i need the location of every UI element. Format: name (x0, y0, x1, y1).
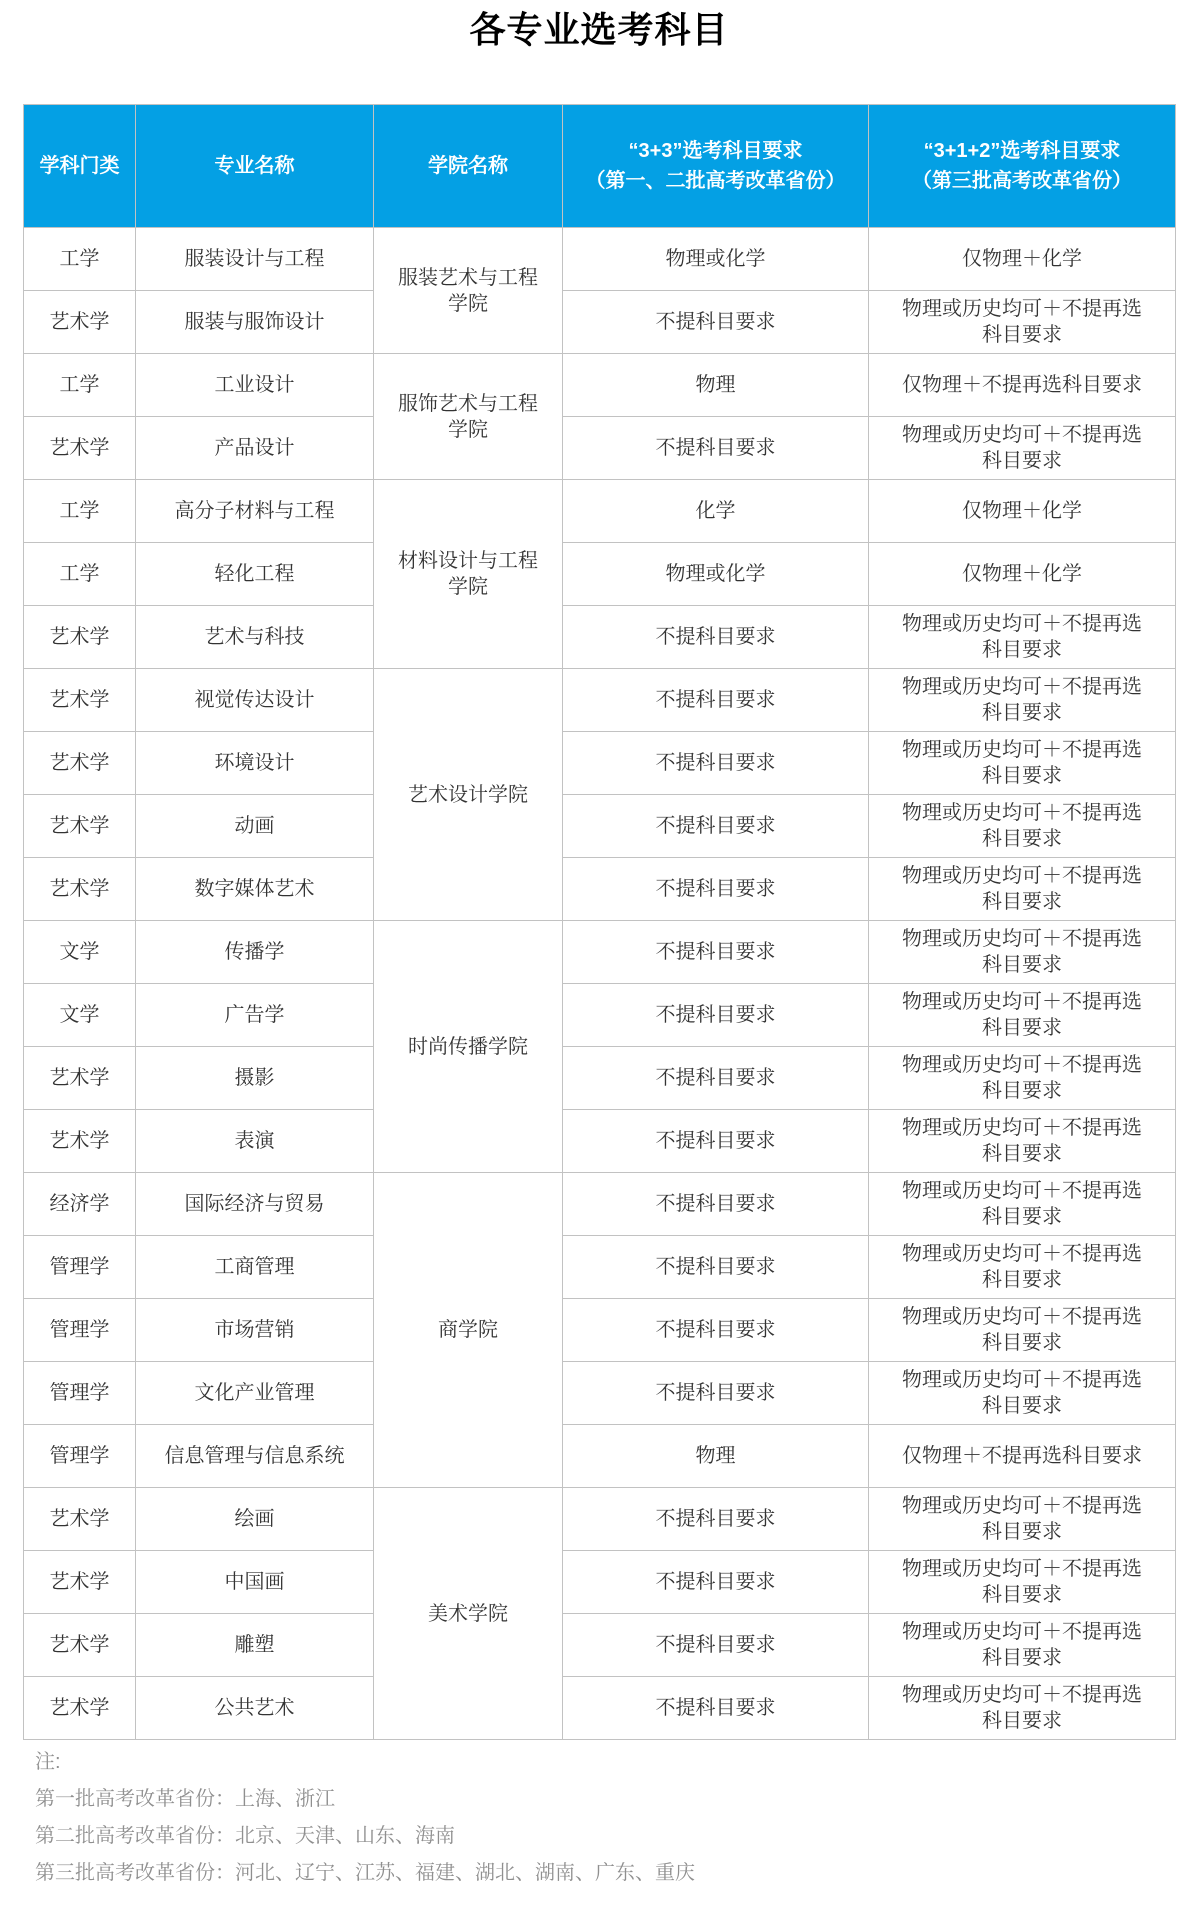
major-cell: 工业设计 (136, 354, 374, 417)
req-3plus1plus2-cell: 物理或历史均可＋不提再选科目要求 (869, 1488, 1176, 1551)
table-row: 文学 传播学 时尚传播学院 不提科目要求 物理或历史均可＋不提再选科目要求 (24, 921, 1176, 984)
major-cell: 动画 (136, 795, 374, 858)
category-cell: 工学 (24, 480, 136, 543)
req-3plus3-cell: 不提科目要求 (563, 1299, 869, 1362)
major-cell: 中国画 (136, 1551, 374, 1614)
req-3plus3-cell: 不提科目要求 (563, 921, 869, 984)
major-cell: 数字媒体艺术 (136, 858, 374, 921)
major-cell: 信息管理与信息系统 (136, 1425, 374, 1488)
req-3plus3-cell: 物理或化学 (563, 228, 869, 291)
header-req-3plus1plus2-title: “3+1+2”选考科目要求 (869, 136, 1175, 166)
category-cell: 工学 (24, 543, 136, 606)
category-cell: 艺术学 (24, 795, 136, 858)
req-3plus1plus2-cell: 仅物理＋化学 (869, 480, 1176, 543)
req-3plus3-cell: 不提科目要求 (563, 669, 869, 732)
major-cell: 工商管理 (136, 1236, 374, 1299)
subjects-table: 学科门类 专业名称 学院名称 “3+3”选考科目要求 （第一、二批高考改革省份）… (23, 104, 1176, 1740)
category-cell: 文学 (24, 984, 136, 1047)
college-cell: 艺术设计学院 (374, 669, 563, 921)
header-req-3plus3: “3+3”选考科目要求 （第一、二批高考改革省份） (563, 105, 869, 228)
table-row: 经济学 国际经济与贸易 商学院 不提科目要求 物理或历史均可＋不提再选科目要求 (24, 1173, 1176, 1236)
req-3plus1plus2-cell: 物理或历史均可＋不提再选科目要求 (869, 984, 1176, 1047)
req-3plus3-cell: 不提科目要求 (563, 732, 869, 795)
req-3plus1plus2-cell: 物理或历史均可＋不提再选科目要求 (869, 1614, 1176, 1677)
req-3plus1plus2-cell: 物理或历史均可＋不提再选科目要求 (869, 417, 1176, 480)
category-cell: 文学 (24, 921, 136, 984)
table-row: 艺术学 中国画 不提科目要求 物理或历史均可＋不提再选科目要求 (24, 1551, 1176, 1614)
category-cell: 管理学 (24, 1425, 136, 1488)
category-cell: 艺术学 (24, 417, 136, 480)
college-cell: 服装艺术与工程学院 (374, 228, 563, 354)
category-cell: 艺术学 (24, 1551, 136, 1614)
req-3plus3-cell: 不提科目要求 (563, 858, 869, 921)
req-3plus1plus2-cell: 物理或历史均可＋不提再选科目要求 (869, 858, 1176, 921)
req-3plus3-cell: 不提科目要求 (563, 291, 869, 354)
table-row: 艺术学 产品设计 不提科目要求 物理或历史均可＋不提再选科目要求 (24, 417, 1176, 480)
req-3plus1plus2-cell: 物理或历史均可＋不提再选科目要求 (869, 291, 1176, 354)
req-3plus3-cell: 物理 (563, 354, 869, 417)
req-3plus1plus2-cell: 物理或历史均可＋不提再选科目要求 (869, 732, 1176, 795)
major-cell: 绘画 (136, 1488, 374, 1551)
req-3plus3-cell: 物理 (563, 1425, 869, 1488)
req-3plus1plus2-cell: 仅物理＋化学 (869, 228, 1176, 291)
req-3plus1plus2-cell: 物理或历史均可＋不提再选科目要求 (869, 1173, 1176, 1236)
notes-label: 注: (35, 1744, 1198, 1781)
major-cell: 摄影 (136, 1047, 374, 1110)
header-req-3plus3-title: “3+3”选考科目要求 (563, 136, 868, 166)
req-3plus1plus2-cell: 物理或历史均可＋不提再选科目要求 (869, 921, 1176, 984)
header-req-3plus3-subtitle: （第一、二批高考改革省份） (563, 166, 868, 196)
major-cell: 服装设计与工程 (136, 228, 374, 291)
major-cell: 广告学 (136, 984, 374, 1047)
req-3plus1plus2-cell: 物理或历史均可＋不提再选科目要求 (869, 1236, 1176, 1299)
category-cell: 艺术学 (24, 1110, 136, 1173)
req-3plus1plus2-cell: 物理或历史均可＋不提再选科目要求 (869, 1551, 1176, 1614)
note-third-batch: 第三批高考改革省份：河北、辽宁、江苏、福建、湖北、湖南、广东、重庆 (35, 1855, 1198, 1892)
req-3plus1plus2-cell: 物理或历史均可＋不提再选科目要求 (869, 1677, 1176, 1740)
table-row: 艺术学 摄影 不提科目要求 物理或历史均可＋不提再选科目要求 (24, 1047, 1176, 1110)
college-cell: 材料设计与工程学院 (374, 480, 563, 669)
req-3plus1plus2-cell: 仅物理＋化学 (869, 543, 1176, 606)
major-cell: 产品设计 (136, 417, 374, 480)
req-3plus1plus2-cell: 物理或历史均可＋不提再选科目要求 (869, 606, 1176, 669)
category-cell: 管理学 (24, 1362, 136, 1425)
table-row: 艺术学 数字媒体艺术 不提科目要求 物理或历史均可＋不提再选科目要求 (24, 858, 1176, 921)
table-row: 艺术学 表演 不提科目要求 物理或历史均可＋不提再选科目要求 (24, 1110, 1176, 1173)
table-row: 艺术学 公共艺术 不提科目要求 物理或历史均可＋不提再选科目要求 (24, 1677, 1176, 1740)
table-row: 艺术学 环境设计 不提科目要求 物理或历史均可＋不提再选科目要求 (24, 732, 1176, 795)
req-3plus1plus2-cell: 仅物理＋不提再选科目要求 (869, 354, 1176, 417)
table-row: 艺术学 绘画 美术学院 不提科目要求 物理或历史均可＋不提再选科目要求 (24, 1488, 1176, 1551)
req-3plus3-cell: 不提科目要求 (563, 795, 869, 858)
header-req-3plus1plus2-subtitle: （第三批高考改革省份） (869, 166, 1175, 196)
category-cell: 艺术学 (24, 858, 136, 921)
header-college: 学院名称 (374, 105, 563, 228)
table-row: 艺术学 雕塑 不提科目要求 物理或历史均可＋不提再选科目要求 (24, 1614, 1176, 1677)
req-3plus1plus2-cell: 物理或历史均可＋不提再选科目要求 (869, 1047, 1176, 1110)
table-row: 艺术学 艺术与科技 不提科目要求 物理或历史均可＋不提再选科目要求 (24, 606, 1176, 669)
req-3plus3-cell: 不提科目要求 (563, 1173, 869, 1236)
category-cell: 工学 (24, 354, 136, 417)
table-header: 学科门类 专业名称 学院名称 “3+3”选考科目要求 （第一、二批高考改革省份）… (24, 105, 1176, 228)
category-cell: 艺术学 (24, 669, 136, 732)
category-cell: 艺术学 (24, 732, 136, 795)
category-cell: 艺术学 (24, 606, 136, 669)
major-cell: 高分子材料与工程 (136, 480, 374, 543)
req-3plus1plus2-cell: 物理或历史均可＋不提再选科目要求 (869, 669, 1176, 732)
notes: 注: 第一批高考改革省份：上海、浙江 第二批高考改革省份：北京、天津、山东、海南… (35, 1744, 1198, 1892)
req-3plus3-cell: 不提科目要求 (563, 417, 869, 480)
category-cell: 艺术学 (24, 1614, 136, 1677)
req-3plus3-cell: 不提科目要求 (563, 1551, 869, 1614)
table-row: 艺术学 动画 不提科目要求 物理或历史均可＋不提再选科目要求 (24, 795, 1176, 858)
major-cell: 雕塑 (136, 1614, 374, 1677)
category-cell: 管理学 (24, 1299, 136, 1362)
req-3plus3-cell: 不提科目要求 (563, 1110, 869, 1173)
college-cell: 服饰艺术与工程学院 (374, 354, 563, 480)
table-row: 艺术学 视觉传达设计 艺术设计学院 不提科目要求 物理或历史均可＋不提再选科目要… (24, 669, 1176, 732)
college-cell: 商学院 (374, 1173, 563, 1488)
table-row: 工学 高分子材料与工程 材料设计与工程学院 化学 仅物理＋化学 (24, 480, 1176, 543)
page-title: 各专业选考科目 (0, 0, 1198, 59)
major-cell: 国际经济与贸易 (136, 1173, 374, 1236)
major-cell: 市场营销 (136, 1299, 374, 1362)
table-row: 艺术学 服装与服饰设计 不提科目要求 物理或历史均可＋不提再选科目要求 (24, 291, 1176, 354)
major-cell: 环境设计 (136, 732, 374, 795)
major-cell: 服装与服饰设计 (136, 291, 374, 354)
table-row: 管理学 市场营销 不提科目要求 物理或历史均可＋不提再选科目要求 (24, 1299, 1176, 1362)
category-cell: 工学 (24, 228, 136, 291)
header-category: 学科门类 (24, 105, 136, 228)
major-cell: 艺术与科技 (136, 606, 374, 669)
table-row: 管理学 信息管理与信息系统 物理 仅物理＋不提再选科目要求 (24, 1425, 1176, 1488)
major-cell: 视觉传达设计 (136, 669, 374, 732)
req-3plus3-cell: 不提科目要求 (563, 1677, 869, 1740)
note-second-batch: 第二批高考改革省份：北京、天津、山东、海南 (35, 1818, 1198, 1855)
req-3plus3-cell: 不提科目要求 (563, 1488, 869, 1551)
category-cell: 艺术学 (24, 1488, 136, 1551)
req-3plus3-cell: 不提科目要求 (563, 1362, 869, 1425)
table-row: 管理学 工商管理 不提科目要求 物理或历史均可＋不提再选科目要求 (24, 1236, 1176, 1299)
header-req-3plus1plus2: “3+1+2”选考科目要求 （第三批高考改革省份） (869, 105, 1176, 228)
table-row: 文学 广告学 不提科目要求 物理或历史均可＋不提再选科目要求 (24, 984, 1176, 1047)
header-major: 专业名称 (136, 105, 374, 228)
college-cell: 时尚传播学院 (374, 921, 563, 1173)
table-row: 管理学 文化产业管理 不提科目要求 物理或历史均可＋不提再选科目要求 (24, 1362, 1176, 1425)
category-cell: 经济学 (24, 1173, 136, 1236)
major-cell: 轻化工程 (136, 543, 374, 606)
req-3plus3-cell: 不提科目要求 (563, 1047, 869, 1110)
req-3plus1plus2-cell: 物理或历史均可＋不提再选科目要求 (869, 1362, 1176, 1425)
table-row: 工学 服装设计与工程 服装艺术与工程学院 物理或化学 仅物理＋化学 (24, 228, 1176, 291)
note-first-batch: 第一批高考改革省份：上海、浙江 (35, 1781, 1198, 1818)
category-cell: 艺术学 (24, 1677, 136, 1740)
college-cell: 美术学院 (374, 1488, 563, 1740)
table-row: 工学 轻化工程 物理或化学 仅物理＋化学 (24, 543, 1176, 606)
req-3plus1plus2-cell: 物理或历史均可＋不提再选科目要求 (869, 1299, 1176, 1362)
category-cell: 艺术学 (24, 1047, 136, 1110)
major-cell: 传播学 (136, 921, 374, 984)
req-3plus3-cell: 物理或化学 (563, 543, 869, 606)
req-3plus3-cell: 不提科目要求 (563, 606, 869, 669)
req-3plus3-cell: 化学 (563, 480, 869, 543)
req-3plus1plus2-cell: 物理或历史均可＋不提再选科目要求 (869, 1110, 1176, 1173)
req-3plus3-cell: 不提科目要求 (563, 1614, 869, 1677)
req-3plus3-cell: 不提科目要求 (563, 984, 869, 1047)
major-cell: 文化产业管理 (136, 1362, 374, 1425)
category-cell: 管理学 (24, 1236, 136, 1299)
req-3plus3-cell: 不提科目要求 (563, 1236, 869, 1299)
major-cell: 表演 (136, 1110, 374, 1173)
req-3plus1plus2-cell: 仅物理＋不提再选科目要求 (869, 1425, 1176, 1488)
table-row: 工学 工业设计 服饰艺术与工程学院 物理 仅物理＋不提再选科目要求 (24, 354, 1176, 417)
category-cell: 艺术学 (24, 291, 136, 354)
req-3plus1plus2-cell: 物理或历史均可＋不提再选科目要求 (869, 795, 1176, 858)
major-cell: 公共艺术 (136, 1677, 374, 1740)
